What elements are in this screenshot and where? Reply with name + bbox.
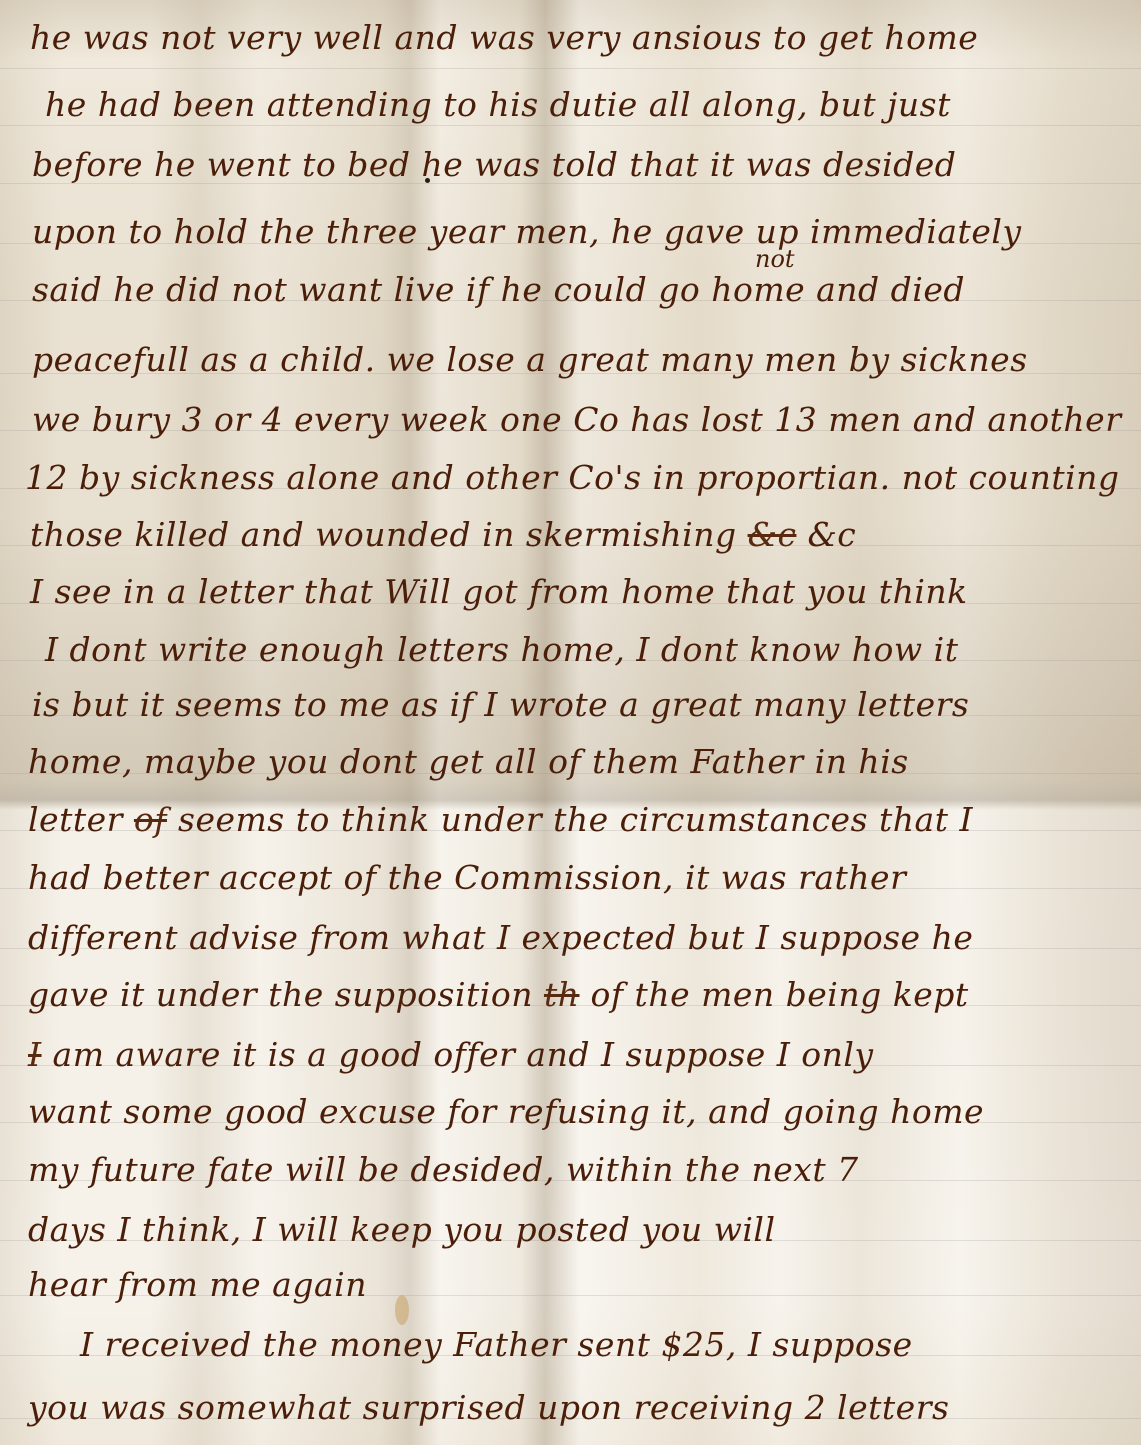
struck-word: I [28,1035,42,1074]
letter-line: I see in a letter that Will got from hom… [0,572,1141,611]
line-text: before he went to bed he was told that i… [32,145,956,184]
struck-word: of [134,800,167,839]
letter-line: 12 by sickness alone and other Co's in p… [0,458,1141,497]
letter-line: I dont write enough letters home, I dont… [0,630,1141,669]
line-text: peacefull as a child. we lose a great ma… [32,340,1028,379]
letter-line: before he went to bed he was told that i… [0,145,1141,184]
letter-line: hear from me again [0,1265,1141,1304]
line-text: &c [807,515,856,554]
letter-line: different advise from what I expected bu… [0,918,1141,957]
line-text: said he did not want live if he could go… [32,270,965,309]
ruled-line [0,125,1141,126]
letter-line: we bury 3 or 4 every week one Co has los… [0,400,1141,439]
letter-line: I am aware it is a good offer and I supp… [0,1035,1141,1074]
letter-line: gave it under the supposition th of the … [0,975,1141,1014]
letter-line: had better accept of the Commission, it … [0,858,1141,897]
ruled-line [0,68,1141,69]
letter-line: is but it seems to me as if I wrote a gr… [0,685,1141,724]
line-text: different advise from what I expected bu… [28,918,973,957]
letter-line: I received the money Father sent $25, I … [0,1325,1141,1364]
line-text: letter [28,800,123,839]
line-text: days I think, I will keep you posted you… [28,1210,776,1249]
line-text: my future fate will be desided, within t… [28,1150,859,1189]
letter-line: he had been attending to his dutie all a… [0,85,1141,124]
struck-word: th [544,975,580,1014]
letter-line: days I think, I will keep you posted you… [0,1210,1141,1249]
line-text: is but it seems to me as if I wrote a gr… [32,685,969,724]
letter-line: home, maybe you dont get all of them Fat… [0,742,1141,781]
line-text: those killed and wounded in skermishing [30,515,737,554]
line-text: want some good excuse for refusing it, a… [28,1092,984,1131]
line-text: we bury 3 or 4 every week one Co has los… [32,400,1121,439]
letter-line: you was somewhat surprised upon receivin… [0,1388,1141,1427]
letter-page: he was not very well and was very ansiou… [0,0,1141,1445]
line-text: I see in a letter that Will got from hom… [30,572,968,611]
line-text: of the men being kept [590,975,968,1014]
letter-line: upon to hold the three year men, he gave… [0,212,1141,251]
letter-line: peacefull as a child. we lose a great ma… [0,340,1141,379]
line-text: home, maybe you dont get all of them Fat… [28,742,909,781]
line-text: he had been attending to his dutie all a… [45,85,951,124]
struck-word: &c [748,515,797,554]
letter-line: letter of seems to think under the circu… [0,800,1141,839]
inserted-word: not [755,245,795,273]
line-text: upon to hold the three year men, he gave… [32,212,1022,251]
letter-line: want some good excuse for refusing it, a… [0,1092,1141,1131]
line-text: I received the money Father sent $25, I … [80,1325,913,1364]
letter-line: he was not very well and was very ansiou… [0,18,1141,57]
line-text: you was somewhat surprised upon receivin… [28,1388,949,1427]
line-text: am aware it is a good offer and I suppos… [53,1035,874,1074]
line-text: gave it under the supposition [28,975,533,1014]
line-text: hear from me again [28,1265,367,1304]
letter-line: my future fate will be desided, within t… [0,1150,1141,1189]
line-text: he was not very well and was very ansiou… [30,18,978,57]
line-text: seems to think under the circumstances t… [178,800,973,839]
line-text: 12 by sickness alone and other Co's in p… [25,458,1120,497]
line-text: had better accept of the Commission, it … [28,858,906,897]
letter-line: those killed and wounded in skermishing … [0,515,1141,554]
line-text: I dont write enough letters home, I dont… [45,630,958,669]
letter-line: said he did not want live if he could go… [0,270,1141,309]
